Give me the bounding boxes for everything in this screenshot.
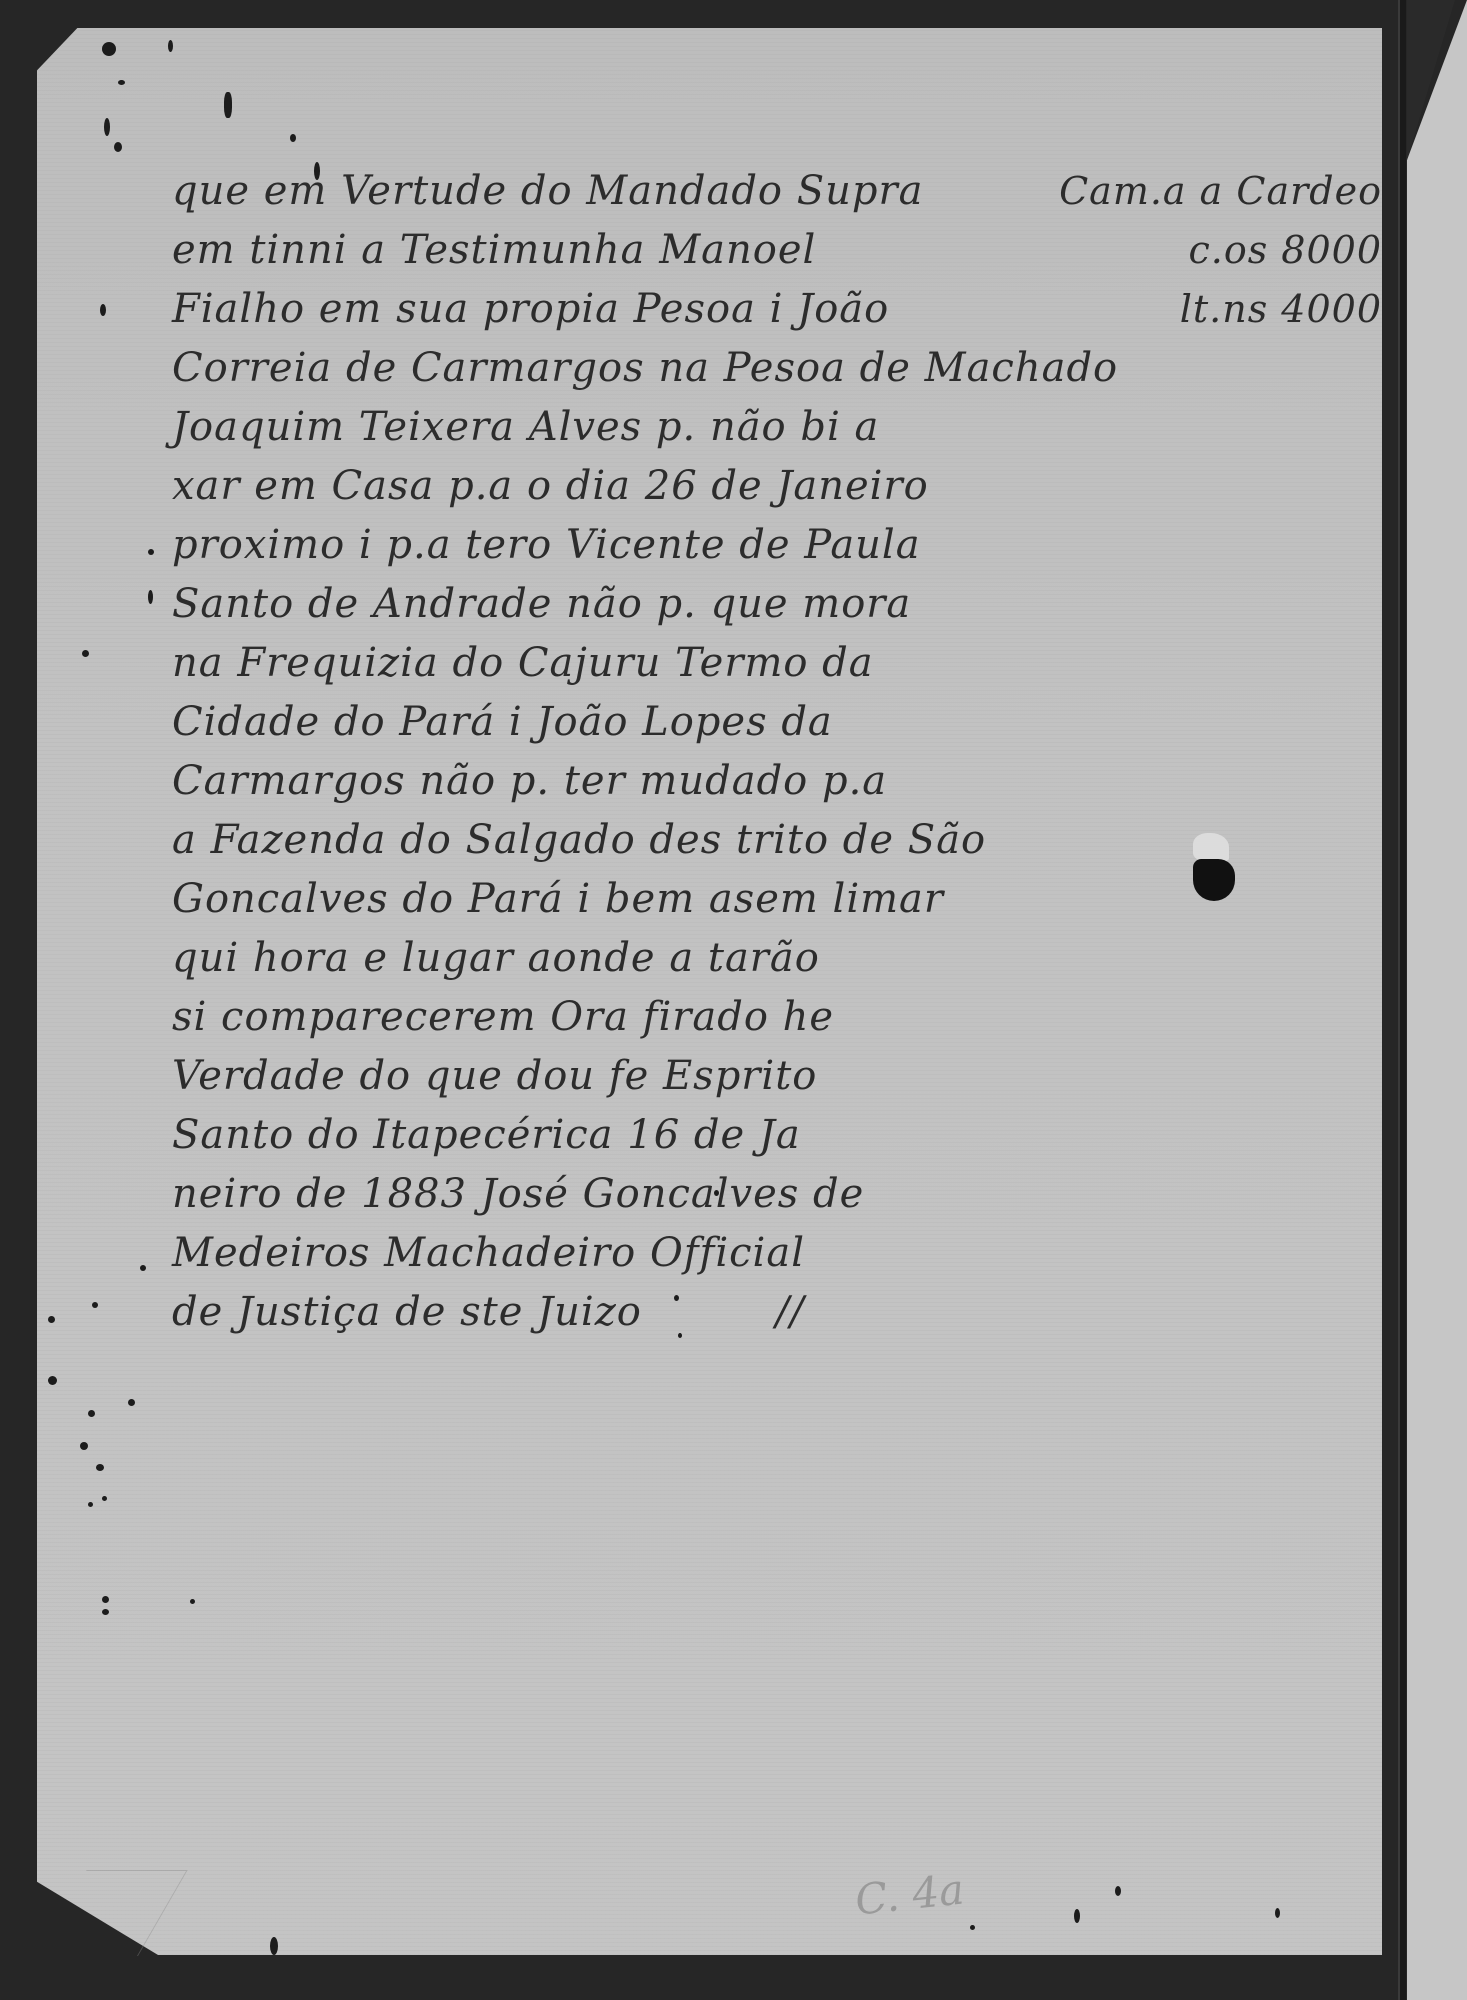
text-line: Santo do Itapecérica 16 de Ja xyxy=(172,1106,1382,1165)
text-line: que em Vertude do Mandado SupraCam.a a C… xyxy=(172,162,1382,221)
ink-spot xyxy=(970,1925,975,1930)
ink-spot xyxy=(224,92,232,118)
text-line: na Frequizia do Cajuru Termo da xyxy=(172,634,1382,693)
margin-note: Cam.a a Cardeo xyxy=(1059,162,1382,221)
ink-spot xyxy=(48,1376,57,1385)
ink-spot xyxy=(88,1502,93,1507)
text-line: em tinni a Testimunha Manoelc.os 8000 xyxy=(172,221,1382,280)
text-line: proximo i p.a tero Vicente de Paula xyxy=(172,516,1382,575)
ink-spot xyxy=(100,304,106,316)
text-line: neiro de 1883 José Goncalves de xyxy=(172,1165,1382,1224)
margin-note: c.os 8000 xyxy=(1188,221,1382,280)
text-line: xar em Casa p.a o dia 26 de Janeiro xyxy=(172,457,1382,516)
adjacent-page-edge xyxy=(1407,0,1467,2000)
text-line: Santo de Andrade não p. que mora xyxy=(172,575,1382,634)
ink-spot xyxy=(128,1399,135,1406)
ink-spot xyxy=(1074,1909,1080,1923)
ink-spot xyxy=(114,142,122,152)
ink-spot xyxy=(102,1609,109,1615)
ink-spot xyxy=(88,1410,95,1417)
ink-spot xyxy=(82,650,89,657)
ink-spot xyxy=(102,42,116,56)
text-line: Correia de Carmargos na Pesoa de Machado xyxy=(172,339,1382,398)
ink-spot xyxy=(148,549,154,555)
text-line: Verdade do que dou fe Esprito xyxy=(172,1047,1382,1106)
signature-flourish: // xyxy=(776,1289,805,1335)
text-line: si comparecerem Ora firado he xyxy=(172,988,1382,1047)
text-line: a Fazenda do Salgado des trito de São xyxy=(172,811,1382,870)
ink-spot xyxy=(104,118,110,136)
ink-spot xyxy=(190,1599,195,1604)
manuscript-text: que em Vertude do Mandado SupraCam.a a C… xyxy=(172,162,1382,1342)
ink-spot xyxy=(140,1265,146,1271)
ink-spot xyxy=(148,590,153,604)
text-line: Goncalves do Pará i bem asem limar xyxy=(172,870,1382,929)
ink-spot xyxy=(1275,1908,1280,1918)
ink-spot xyxy=(92,1302,98,1308)
ink-spot xyxy=(290,134,296,142)
binding-gutter xyxy=(1398,0,1406,2000)
text-line: de Justiça de ste Juizo // xyxy=(172,1283,1382,1342)
text-line: Cidade do Pará i João Lopes da xyxy=(172,693,1382,752)
ink-spot xyxy=(270,1937,278,1955)
ink-spot xyxy=(118,80,125,85)
text-line: Medeiros Machadeiro Official xyxy=(172,1224,1382,1283)
text-line: Joaquim Teixera Alves p. não bi a xyxy=(172,398,1382,457)
text-line: Carmargos não p. ter mudado p.a xyxy=(172,752,1382,811)
ink-spot xyxy=(168,40,173,52)
text-line: Fialho em sua propia Pesoa i Joãolt.ns 4… xyxy=(172,280,1382,339)
ink-spot xyxy=(80,1442,88,1450)
margin-note: lt.ns 4000 xyxy=(1180,280,1382,339)
ink-spot xyxy=(102,1596,109,1603)
ink-spot xyxy=(48,1316,55,1323)
ink-spot xyxy=(1115,1886,1121,1896)
ink-spot xyxy=(96,1464,104,1471)
text-line: qui hora e lugar aonde a tarão xyxy=(172,929,1382,988)
ink-spot xyxy=(102,1496,107,1501)
